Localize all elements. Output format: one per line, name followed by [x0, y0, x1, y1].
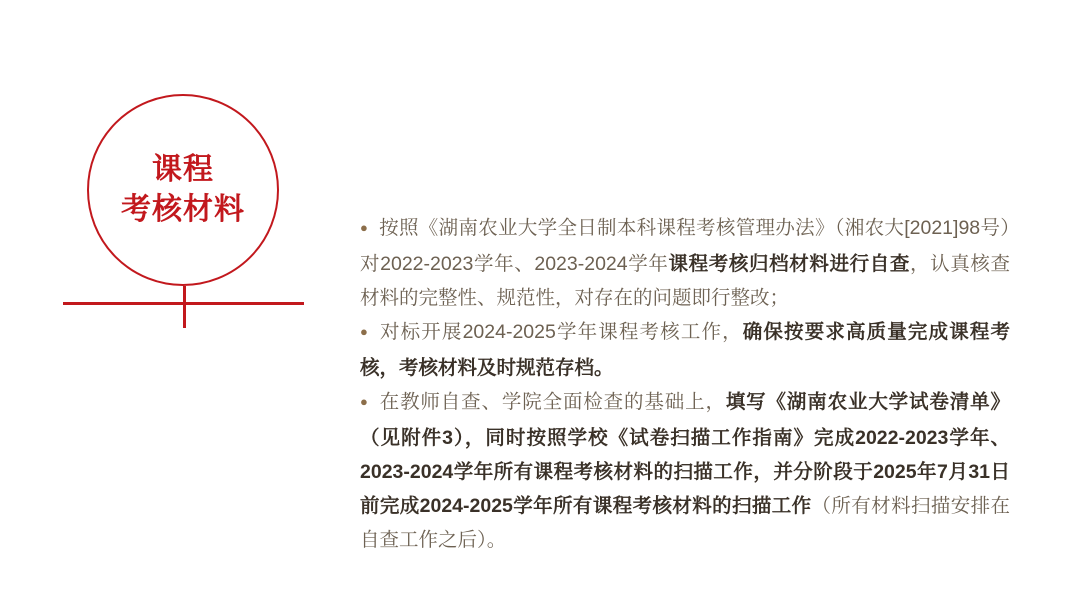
bullet-dot-icon: ●: [360, 324, 369, 339]
emphasis-text: 课程考核归档材料进行自查: [669, 253, 910, 275]
slide: 课程 考核材料 ●按照《湖南农业大学全日制本科课程考核管理办法》（湘农大[202…: [0, 0, 1080, 607]
body-text: 在教师自查、学院全面检查的基础上，: [380, 391, 726, 413]
badge-title-line2: 考核材料: [121, 190, 245, 230]
bullet-paragraph: ●按照《湖南农业大学全日制本科课程考核管理办法》（湘农大[2021]98号）对2…: [360, 211, 1010, 315]
bullet-paragraph: ●在教师自查、学院全面检查的基础上，填写《湖南农业大学试卷清单》（见附件3），同…: [360, 385, 1010, 557]
bullet-dot-icon: ●: [360, 220, 368, 235]
course-assessment-badge: 课程 考核材料: [87, 94, 279, 286]
body-text: 对标开展2024-2025学年课程考核工作，: [380, 321, 743, 343]
bullet-list: ●按照《湖南农业大学全日制本科课程考核管理办法》（湘农大[2021]98号）对2…: [360, 211, 1010, 557]
badge-stem-line: [183, 286, 186, 328]
bullet-dot-icon: ●: [360, 394, 369, 409]
badge-horizontal-line: [63, 302, 304, 305]
badge-title-line1: 课程: [152, 150, 214, 190]
bullet-paragraph: ●对标开展2024-2025学年课程考核工作，确保按要求高质量完成课程考核，考核…: [360, 315, 1010, 385]
